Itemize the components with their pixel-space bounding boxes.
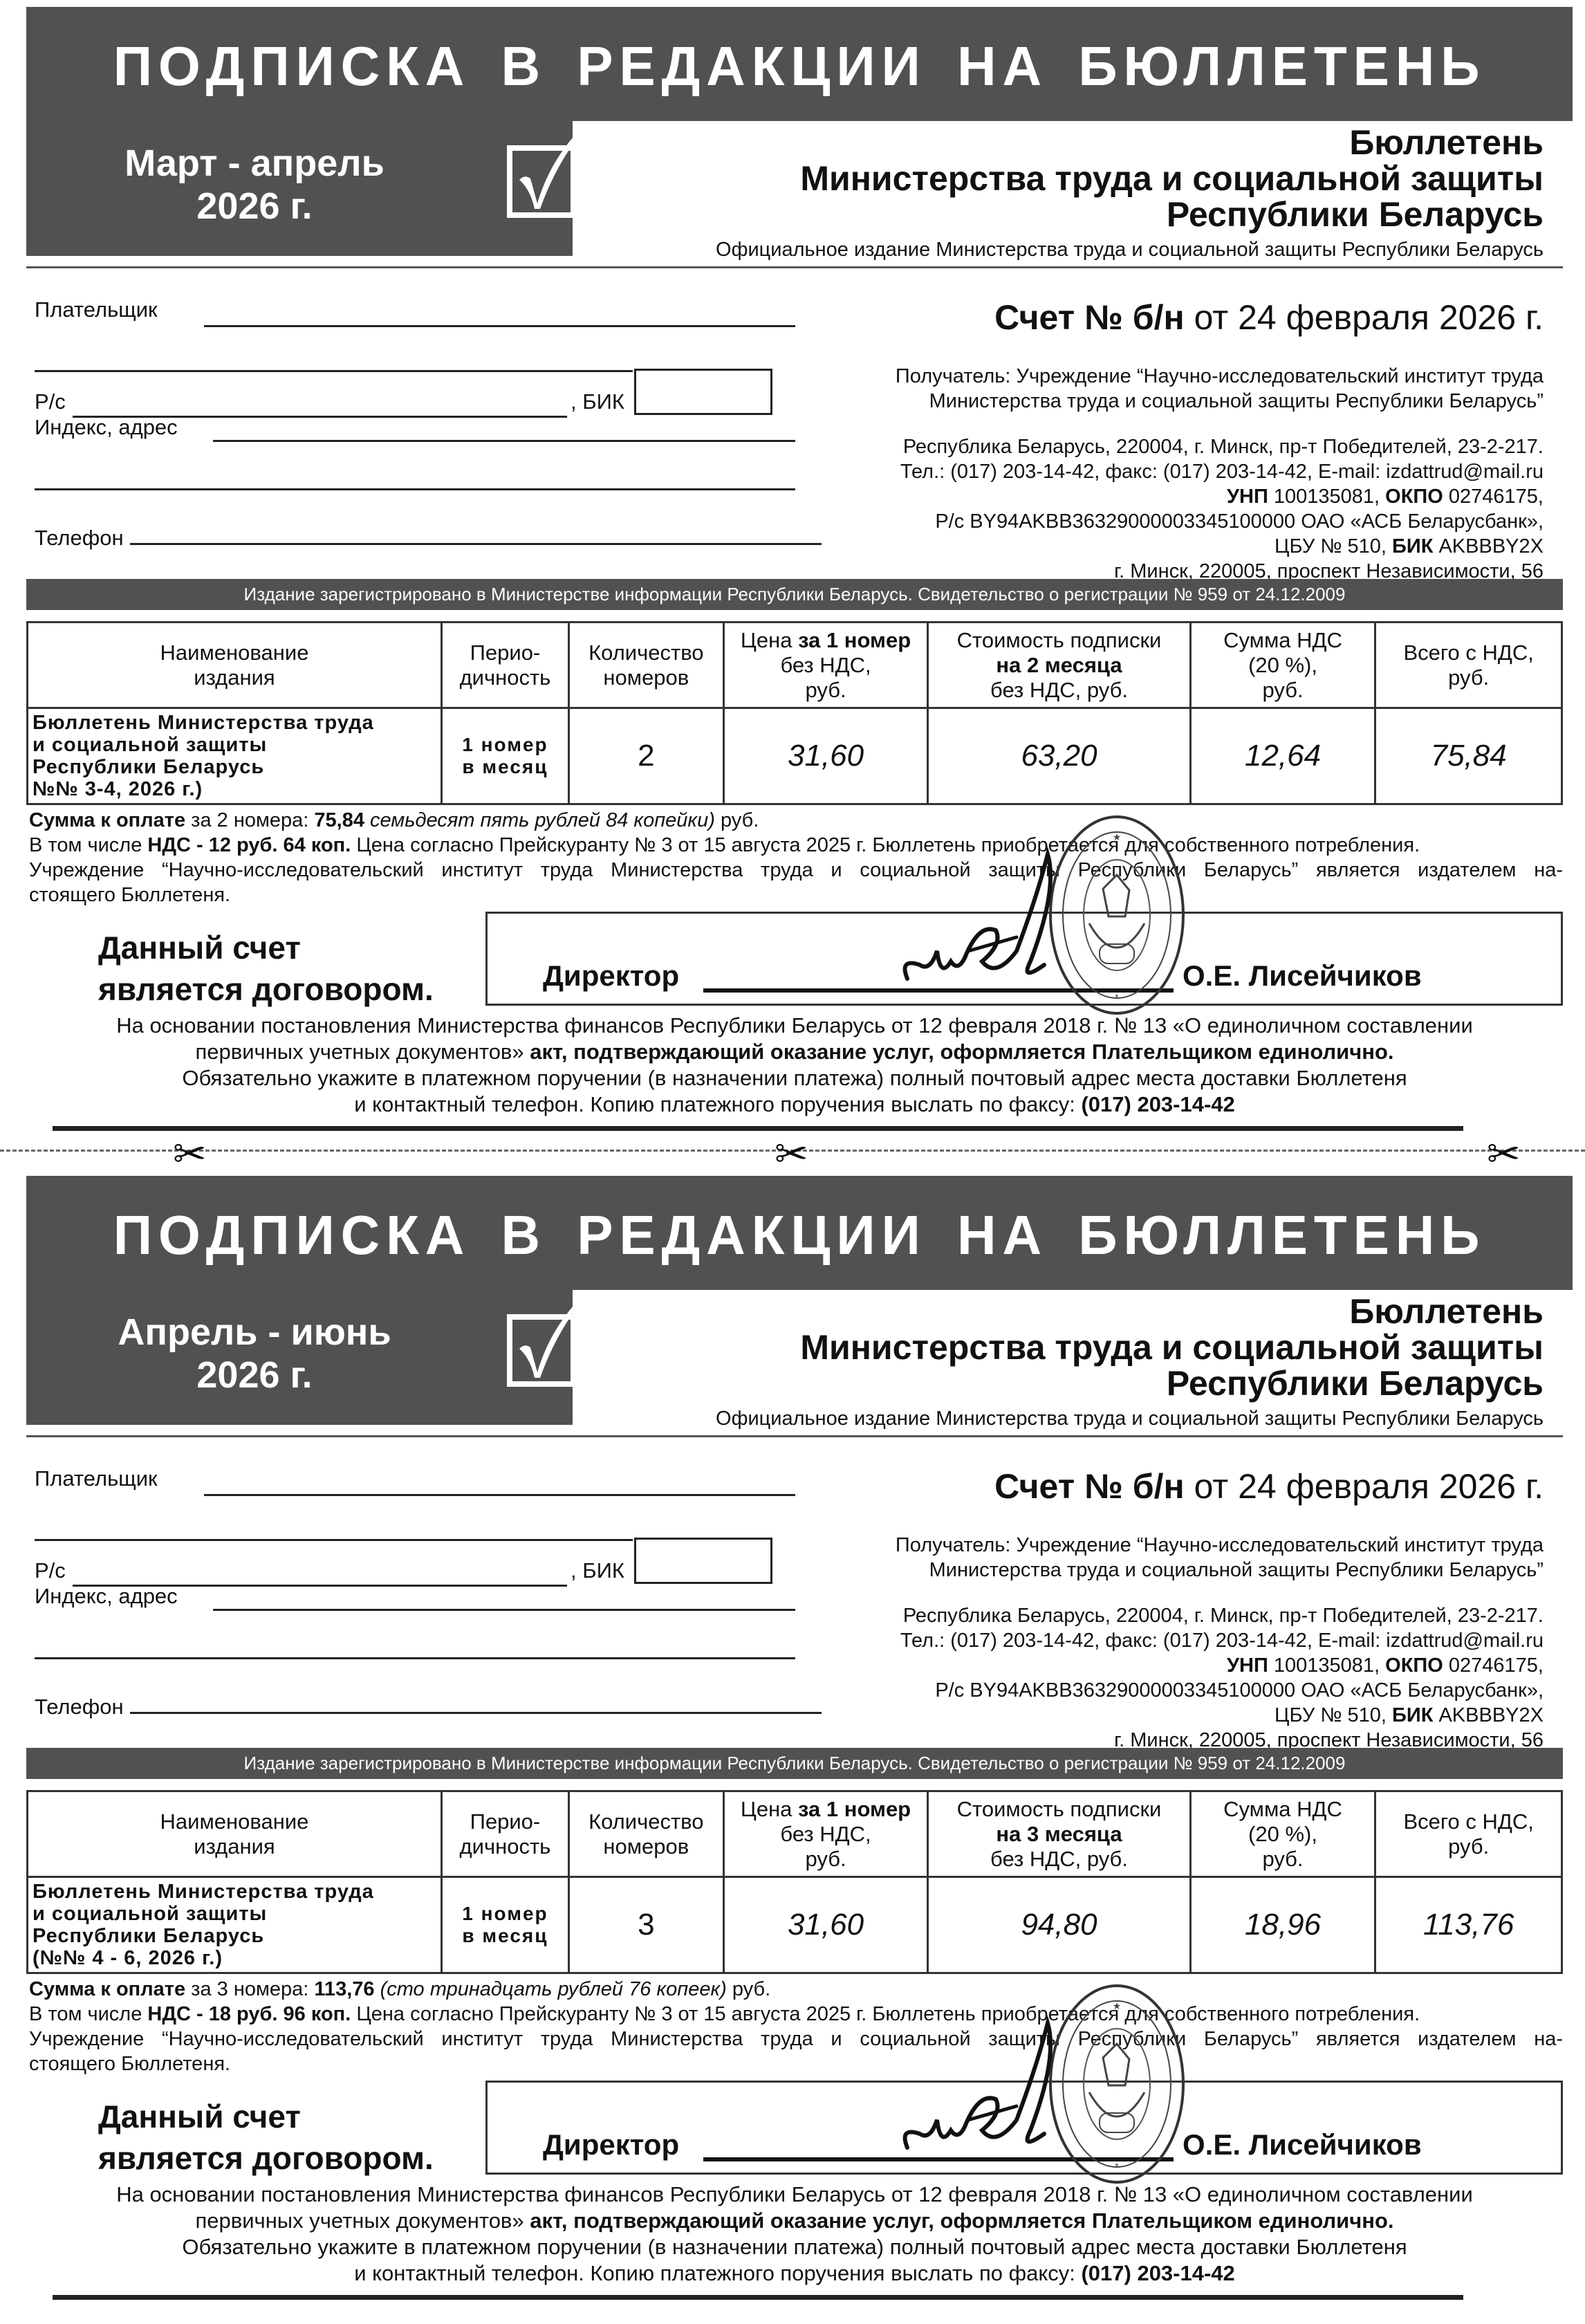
subscription-period: Апрель - июнь 2026 г. <box>68 1311 441 1396</box>
address-input-line[interactable] <box>213 1609 795 1611</box>
svg-text:*: * <box>1115 2161 1119 2172</box>
bik-label: БИК <box>1392 535 1433 557</box>
header-total: Всего с НДС, руб. <box>1375 1791 1562 1877</box>
recipient-contacts[interactable]: Тел.: (017) 203-14-42, факс: (017) 203-1… <box>810 1628 1544 1653</box>
scissors-icon: ✂ <box>775 1134 808 1174</box>
bik-value: AKBBBY2X <box>1433 535 1544 557</box>
address-label: Индекс, адрес <box>35 1584 178 1609</box>
vat-line: В том числе НДС - 18 руб. 96 коп. Цена с… <box>29 2002 1563 2027</box>
account-label: Р/с <box>35 1558 66 1583</box>
cell-quantity: 3 <box>568 1877 723 1973</box>
header-cost: Стоимость подпискина 2 месяцабез НДС, ру… <box>928 622 1190 708</box>
table-row: Бюллетень Министерства труда и социально… <box>28 708 1562 804</box>
cbu-value: ЦБУ № 510, <box>1275 1704 1392 1726</box>
notice-line-2: первичных учетных документов» акт, подтв… <box>26 1039 1563 1065</box>
okpo-value: 02746175, <box>1449 486 1544 508</box>
address-label: Индекс, адрес <box>35 415 178 440</box>
invoice-title: Счет № б/н от 24 февраля 2026 г. <box>994 1466 1544 1506</box>
registration-bar: Издание зарегистрировано в Министерстве … <box>26 579 1563 610</box>
invoice-date: от 24 февраля 2026 г. <box>1185 298 1544 337</box>
phone-label: Телефон <box>35 526 124 551</box>
cbu-value: ЦБУ № 510, <box>1275 535 1392 557</box>
divider <box>53 1126 1463 1131</box>
recipient-address: Республика Беларусь, 220004, г. Минск, п… <box>810 434 1544 459</box>
recipient-details: Получатель: Учреждение “Научно-исследова… <box>810 1533 1544 1753</box>
subscription-table: Наименование издания Перио- дичность Кол… <box>26 1790 1563 1974</box>
publication-subtitle: Официальное издание Министерства труда и… <box>716 1408 1544 1430</box>
recipient-line-1: Получатель: Учреждение “Научно-исследова… <box>810 364 1544 389</box>
header-name: Наименование издания <box>28 1791 442 1877</box>
publisher-note: Учреждение “Научно-исследовательский инс… <box>29 2027 1563 2051</box>
subscription-period: Март - апрель 2026 г. <box>68 142 441 228</box>
payment-summary: Сумма к оплате за 3 номера: 113,76 (сто … <box>29 1977 1563 2076</box>
subscription-form-2: ПОДПИСКА В РЕДАКЦИИ НА БЮЛЛЕТЕНЬ Апрель … <box>0 1169 1585 2324</box>
director-name: О.Е. Лисейчиков <box>1183 959 1422 993</box>
recipient-line-2: Министерства труда и социальной защиты Р… <box>810 389 1544 414</box>
unp-label: УНП <box>1227 486 1268 508</box>
recipient-bank: ЦБУ № 510, БИК AKBBBY2X <box>810 534 1544 559</box>
subscription-banner: ПОДПИСКА В РЕДАКЦИИ НА БЮЛЛЕТЕНЬ <box>26 1176 1573 1290</box>
recipient-account: Р/с BY94AKBB36329000003345100000 ОАО «АС… <box>810 509 1544 534</box>
svg-text:★: ★ <box>1113 2000 1122 2011</box>
cell-vat: 18,96 <box>1190 1877 1375 1973</box>
cell-price: 31,60 <box>723 1877 928 1973</box>
registration-bar: Издание зарегистрировано в Министерстве … <box>26 1748 1563 1779</box>
cell-name: Бюллетень Министерства труда и социально… <box>28 708 442 804</box>
unp-value: 100135081, <box>1274 1654 1380 1677</box>
account-label: Р/с <box>35 389 66 414</box>
table-header-row: Наименование издания Перио- дичность Кол… <box>28 622 1562 708</box>
recipient-ids: УНП 100135081, ОКПО 02746175, <box>810 1653 1544 1678</box>
header-total: Всего с НДС, руб. <box>1375 622 1562 708</box>
bik-input-box[interactable] <box>634 369 772 415</box>
period-checkbox[interactable] <box>507 145 576 218</box>
director-name: О.Е. Лисейчиков <box>1183 2128 1422 2161</box>
unp-value: 100135081, <box>1274 486 1380 508</box>
header-periodicity: Перио- дичность <box>442 622 569 708</box>
bik-label: , БИК <box>571 1558 624 1583</box>
bik-label: , БИК <box>571 389 624 414</box>
publisher-note: Учреждение “Научно-исследовательский инс… <box>29 858 1563 883</box>
notice-block: На основании постановления Министерства … <box>26 2182 1563 2287</box>
recipient-line-1: Получатель: Учреждение “Научно-исследова… <box>810 1533 1544 1558</box>
contract-note: Данный счет является договором. <box>98 927 434 1010</box>
header-periodicity: Перио- дичность <box>441 1791 568 1877</box>
payer-input-line[interactable] <box>204 1494 795 1496</box>
cell-quantity: 2 <box>568 708 723 804</box>
payer-label: Плательщик <box>35 1466 158 1491</box>
bik-label: БИК <box>1392 1704 1433 1726</box>
cell-total: 75,84 <box>1375 708 1562 804</box>
scissors-icon: ✂ <box>1487 1134 1521 1174</box>
vat-line: В том числе НДС - 12 руб. 64 коп. Цена с… <box>29 833 1563 858</box>
invoice-number: Счет № б/н <box>994 298 1185 337</box>
subscription-banner: ПОДПИСКА В РЕДАКЦИИ НА БЮЛЛЕТЕНЬ <box>26 7 1573 121</box>
cell-periodicity: 1 номер в месяц <box>442 708 569 804</box>
okpo-label: ОКПО <box>1385 1654 1443 1677</box>
publication-subtitle: Официальное издание Министерства труда и… <box>716 239 1544 261</box>
cell-price: 31,60 <box>723 708 928 804</box>
notice-line-1: На основании постановления Министерства … <box>26 1013 1563 1039</box>
phone-input-line[interactable] <box>130 1712 822 1714</box>
notice-line-3: Обязательно укажите в платежном поручени… <box>26 2234 1563 2260</box>
checkmark-icon <box>515 1303 577 1379</box>
checkmark-icon <box>515 134 577 210</box>
recipient-line-2: Министерства труда и социальной защиты Р… <box>810 1558 1544 1583</box>
notice-line-1: На основании постановления Министерства … <box>26 2182 1563 2208</box>
payer-input-line-2[interactable] <box>35 1539 633 1541</box>
address-input-line-2[interactable] <box>35 488 795 490</box>
invoice-title: Счет № б/н от 24 февраля 2026 г. <box>994 297 1544 338</box>
header-vat: Сумма НДС (20 %), руб. <box>1190 1791 1375 1877</box>
cell-vat: 12,64 <box>1190 708 1375 804</box>
address-input-line[interactable] <box>213 440 795 442</box>
cell-name: Бюллетень Министерства труда и социально… <box>28 1877 442 1973</box>
subscription-period-box: Апрель - июнь 2026 г. <box>26 1290 573 1425</box>
recipient-contacts[interactable]: Тел.: (017) 203-14-42, факс: (017) 203-1… <box>810 459 1544 484</box>
header-vat: Сумма НДС (20 %), руб. <box>1190 622 1375 708</box>
sum-line: Сумма к оплате за 3 номера: 113,76 (сто … <box>29 1977 1563 2002</box>
okpo-label: ОКПО <box>1385 486 1443 508</box>
recipient-details: Получатель: Учреждение “Научно-исследова… <box>810 364 1544 584</box>
header-price: Цена за 1 номербез НДС, руб. <box>723 622 928 708</box>
bik-input-box[interactable] <box>634 1538 772 1584</box>
unp-label: УНП <box>1227 1654 1268 1677</box>
bik-value: AKBBBY2X <box>1433 1704 1544 1726</box>
table-header-row: Наименование издания Перио- дичность Кол… <box>28 1791 1562 1877</box>
director-label: Директор <box>543 2128 679 2161</box>
notice-line-4: и контактный телефон. Копию платежного п… <box>26 2260 1563 2287</box>
notice-line-3: Обязательно укажите в платежном поручени… <box>26 1065 1563 1091</box>
header-name: Наименование издания <box>28 622 442 708</box>
header-quantity: Количество номеров <box>568 1791 723 1877</box>
recipient-bank: ЦБУ № 510, БИК AKBBBY2X <box>810 1703 1544 1728</box>
payer-label: Плательщик <box>35 297 158 322</box>
banner-title: ПОДПИСКА В РЕДАКЦИИ НА БЮЛЛЕТЕНЬ <box>41 1203 1557 1267</box>
payer-section: Плательщик Р/с , БИК Индекс, адрес Телеф… <box>35 297 816 574</box>
notice-line-4: и контактный телефон. Копию платежного п… <box>26 1091 1563 1118</box>
subscription-period-box: Март - апрель 2026 г. <box>26 121 573 256</box>
header-cost: Стоимость подпискина 3 месяцабез НДС, ру… <box>928 1791 1190 1877</box>
director-signature-icon <box>899 2009 1106 2168</box>
director-signature-icon <box>899 840 1106 999</box>
contract-note: Данный счет является договором. <box>98 2096 434 2179</box>
payment-summary: Сумма к оплате за 2 номера: 75,84 семьде… <box>29 808 1563 907</box>
recipient-ids: УНП 100135081, ОКПО 02746175, <box>810 484 1544 509</box>
director-label: Директор <box>543 959 679 993</box>
svg-text:★: ★ <box>1113 831 1122 842</box>
publication-title: Бюллетень Министерства труда и социально… <box>800 124 1544 232</box>
publisher-note-end: стоящего Бюллетеня. <box>29 883 1563 907</box>
payer-section: Плательщик Р/с , БИК Индекс, адрес Телеф… <box>35 1466 816 1743</box>
phone-input-line[interactable] <box>130 543 822 545</box>
payer-input-line-2[interactable] <box>35 370 633 372</box>
invoice-number: Счет № б/н <box>994 1467 1185 1506</box>
payer-input-line[interactable] <box>204 325 795 327</box>
cell-periodicity: 1 номер в месяц <box>441 1877 568 1973</box>
sum-line: Сумма к оплате за 2 номера: 75,84 семьде… <box>29 808 1563 833</box>
period-checkbox[interactable] <box>507 1314 576 1387</box>
subscription-table: Наименование издания Перио- дичность Кол… <box>26 621 1563 805</box>
address-input-line-2[interactable] <box>35 1657 795 1659</box>
invoice-date: от 24 февраля 2026 г. <box>1185 1467 1544 1506</box>
banner-title: ПОДПИСКА В РЕДАКЦИИ НА БЮЛЛЕТЕНЬ <box>41 35 1557 98</box>
okpo-value: 02746175, <box>1449 1654 1544 1677</box>
notice-line-2: первичных учетных документов» акт, подтв… <box>26 2208 1563 2234</box>
cell-cost: 63,20 <box>928 708 1190 804</box>
divider <box>26 1435 1563 1437</box>
cell-total: 113,76 <box>1375 1877 1562 1973</box>
scissors-icon: ✂ <box>173 1134 207 1174</box>
svg-text:*: * <box>1115 992 1119 1003</box>
publication-title: Бюллетень Министерства труда и социально… <box>800 1293 1544 1401</box>
phone-label: Телефон <box>35 1695 124 1719</box>
divider <box>53 2295 1463 2300</box>
recipient-account: Р/с BY94AKBB36329000003345100000 ОАО «АС… <box>810 1678 1544 1703</box>
cell-cost: 94,80 <box>928 1877 1190 1973</box>
publisher-note-end: стоящего Бюллетеня. <box>29 2051 1563 2076</box>
notice-block: На основании постановления Министерства … <box>26 1013 1563 1118</box>
recipient-address: Республика Беларусь, 220004, г. Минск, п… <box>810 1603 1544 1628</box>
header-price: Цена за 1 номербез НДС, руб. <box>723 1791 928 1877</box>
header-quantity: Количество номеров <box>568 622 723 708</box>
subscription-form-1: ПОДПИСКА В РЕДАКЦИИ НА БЮЛЛЕТЕНЬ Март - … <box>0 0 1585 1141</box>
divider <box>26 266 1563 268</box>
table-row: Бюллетень Министерства труда и социально… <box>28 1877 1562 1973</box>
